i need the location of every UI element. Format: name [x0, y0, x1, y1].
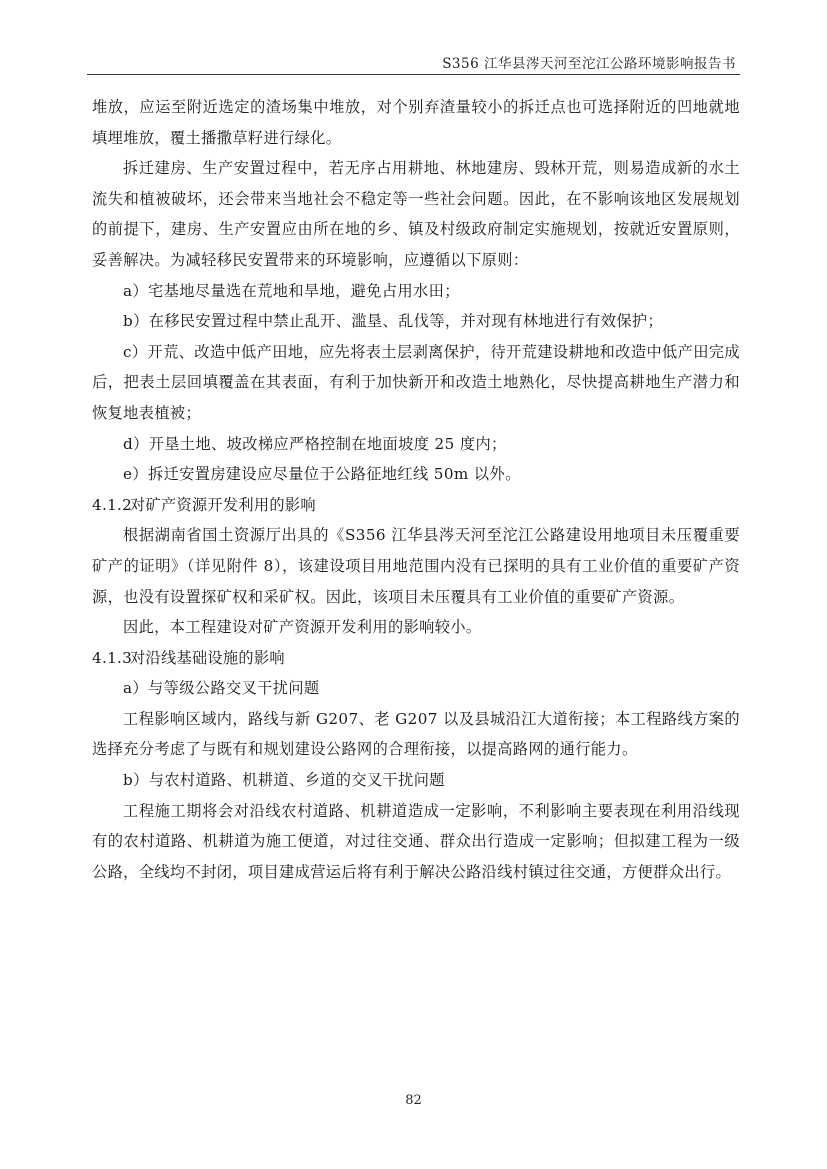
page-header: S356 江华县涔天河至沱江公路环境影响报告书: [87, 52, 740, 75]
principle-d: d）开垦土地、坡改梯应严格控制在地面坡度 25 度内；: [92, 429, 740, 460]
document-title: S356 江华县涔天河至沱江公路环境影响报告书: [442, 52, 736, 72]
paragraph-spoil-disposal: 堆放，应运至附近选定的渣场集中堆放，对个别弃渣量较小的拆迁点也可选择附近的凹地就…: [92, 92, 740, 153]
page-content: 堆放，应运至附近选定的渣场集中堆放，对个别弃渣量较小的拆迁点也可选择附近的凹地就…: [92, 92, 740, 887]
principle-e: e）拆迁安置房建设应尽量位于公路征地红线 50m 以外。: [92, 459, 740, 490]
page-number: 82: [0, 1093, 827, 1108]
section-heading-4-1-2: 4.1.2对矿产资源开发利用的影响: [92, 490, 740, 521]
paragraph-mineral-conclusion: 因此，本工程建设对矿产资源开发利用的影响较小。: [92, 612, 740, 643]
paragraph-highway-crossing: 工程影响区域内，路线与新 G207、老 G207 以及县城沿江大道衔接；本工程路…: [92, 704, 740, 765]
section-title: 对矿产资源开发利用的影响: [130, 496, 316, 514]
section-heading-4-1-3: 4.1.3对沿线基础设施的影响: [92, 643, 740, 674]
paragraph-rural-road-crossing: 工程施工期将会对沿线农村道路、机耕道造成一定影响，不利影响主要表现在利用沿线现有…: [92, 796, 740, 888]
section-number: 4.1.3: [92, 643, 130, 674]
principle-c: c）开荒、改造中低产田地，应先将表土层剥离保护，待开荒建设耕地和改造中低产田完成…: [92, 337, 740, 429]
paragraph-mineral-certificate: 根据湖南省国土资源厅出具的《S356 江华县涔天河至沱江公路建设用地项目未压覆重…: [92, 520, 740, 612]
principle-b: b）在移民安置过程中禁止乱开、滥垦、乱伐等，并对现有林地进行有效保护；: [92, 306, 740, 337]
section-number: 4.1.2: [92, 490, 130, 521]
subheading-a: a）与等级公路交叉干扰问题: [92, 673, 740, 704]
paragraph-resettlement: 拆迁建房、生产安置过程中，若无序占用耕地、林地建房、毁林开荒，则易造成新的水土流…: [92, 153, 740, 275]
section-title: 对沿线基础设施的影响: [130, 649, 285, 667]
principle-a: a）宅基地尽量选在荒地和旱地，避免占用水田；: [92, 276, 740, 307]
subheading-b: b）与农村道路、机耕道、乡道的交叉干扰问题: [92, 765, 740, 796]
